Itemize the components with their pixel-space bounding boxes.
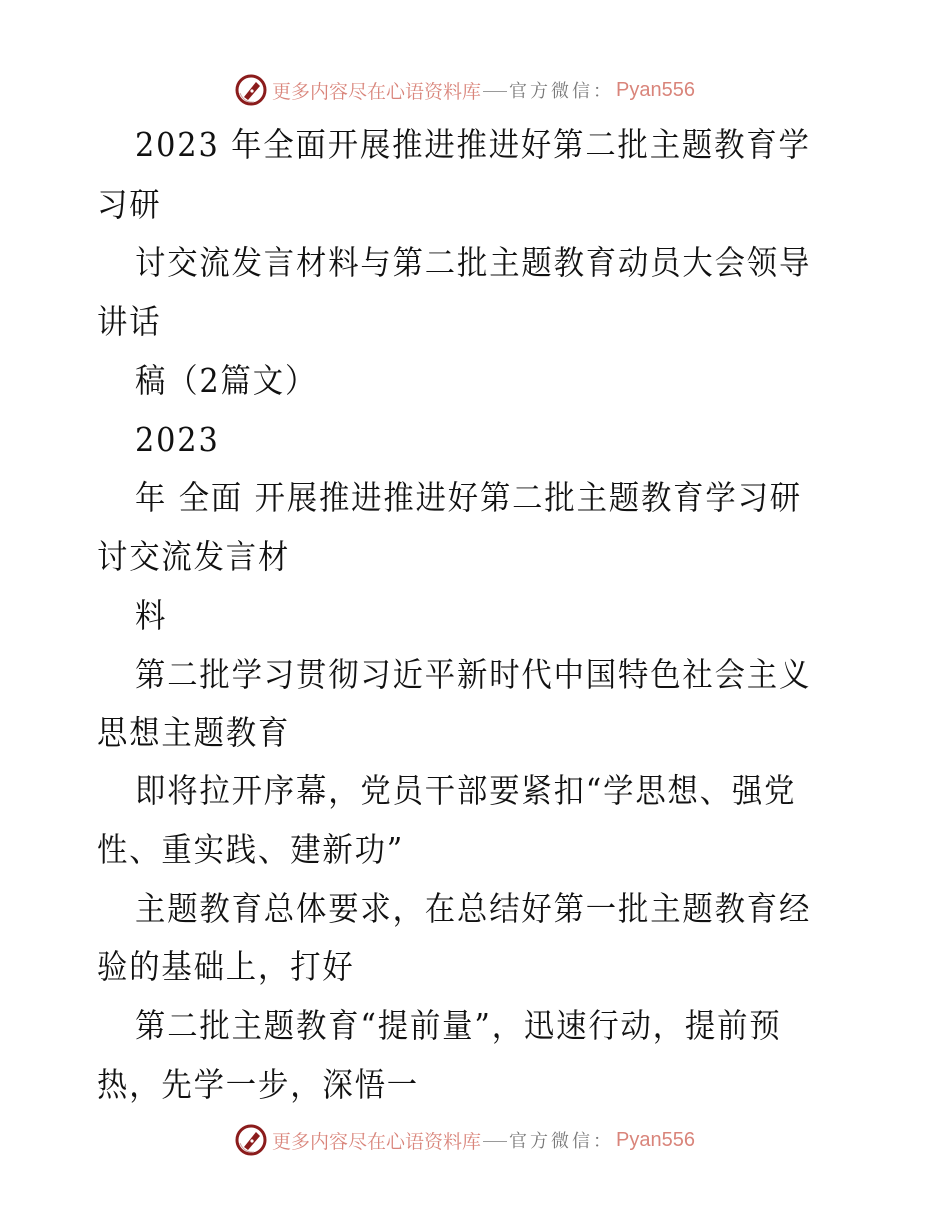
footer-watermark: 更多内容尽在心语资料库 官方微信： Pyan556 bbox=[234, 1122, 695, 1158]
doc-line: 讲话 bbox=[97, 302, 161, 342]
doc-line: 主题教育总体要求，在总结好第一批主题教育经 bbox=[135, 889, 811, 929]
doc-line: 即将拉开序幕，党员干部要紧扣“学思想、强党 bbox=[135, 771, 796, 811]
watermark-separator bbox=[483, 1141, 507, 1142]
watermark-handle: Pyan556 bbox=[616, 1129, 695, 1152]
doc-line: 年 全面 开展推进推进好第二批主题教育学习研 bbox=[135, 478, 802, 518]
doc-line: 稿（2篇文） bbox=[135, 361, 317, 401]
header-watermark: 更多内容尽在心语资料库 官方微信： Pyan556 bbox=[234, 72, 695, 108]
doc-line: 第二批主题教育“提前量”，迅速行动，提前预 bbox=[135, 1006, 782, 1046]
doc-line: 讨交流发言材料与第二批主题教育动员大会领导 bbox=[135, 243, 811, 283]
doc-line: 2023 bbox=[135, 420, 220, 460]
pen-nib-logo-icon bbox=[234, 73, 268, 107]
pen-nib-logo-icon bbox=[234, 1123, 268, 1157]
watermark-brand-text: 更多内容尽在心语资料库 bbox=[272, 77, 481, 104]
doc-line: 第二批学习贯彻习近平新时代中国特色社会主义 bbox=[135, 655, 811, 695]
doc-line: 2023 年全面开展推进推进好第二批主题教育学 bbox=[135, 125, 811, 165]
doc-line: 习研 bbox=[97, 185, 161, 225]
watermark-label: 官方微信： bbox=[509, 77, 614, 103]
watermark-handle: Pyan556 bbox=[616, 79, 695, 102]
watermark-brand-text: 更多内容尽在心语资料库 bbox=[272, 1127, 481, 1154]
doc-line: 性、重实践、建新功” bbox=[97, 830, 404, 870]
doc-line: 热，先学一步，深悟一 bbox=[97, 1065, 419, 1105]
watermark-separator bbox=[483, 91, 507, 92]
doc-line: 验的基础上，打好 bbox=[97, 947, 355, 987]
doc-line: 讨交流发言材 bbox=[97, 537, 290, 577]
doc-line: 思想主题教育 bbox=[97, 713, 290, 753]
doc-line: 料 bbox=[135, 596, 167, 636]
watermark-label: 官方微信： bbox=[509, 1127, 614, 1153]
